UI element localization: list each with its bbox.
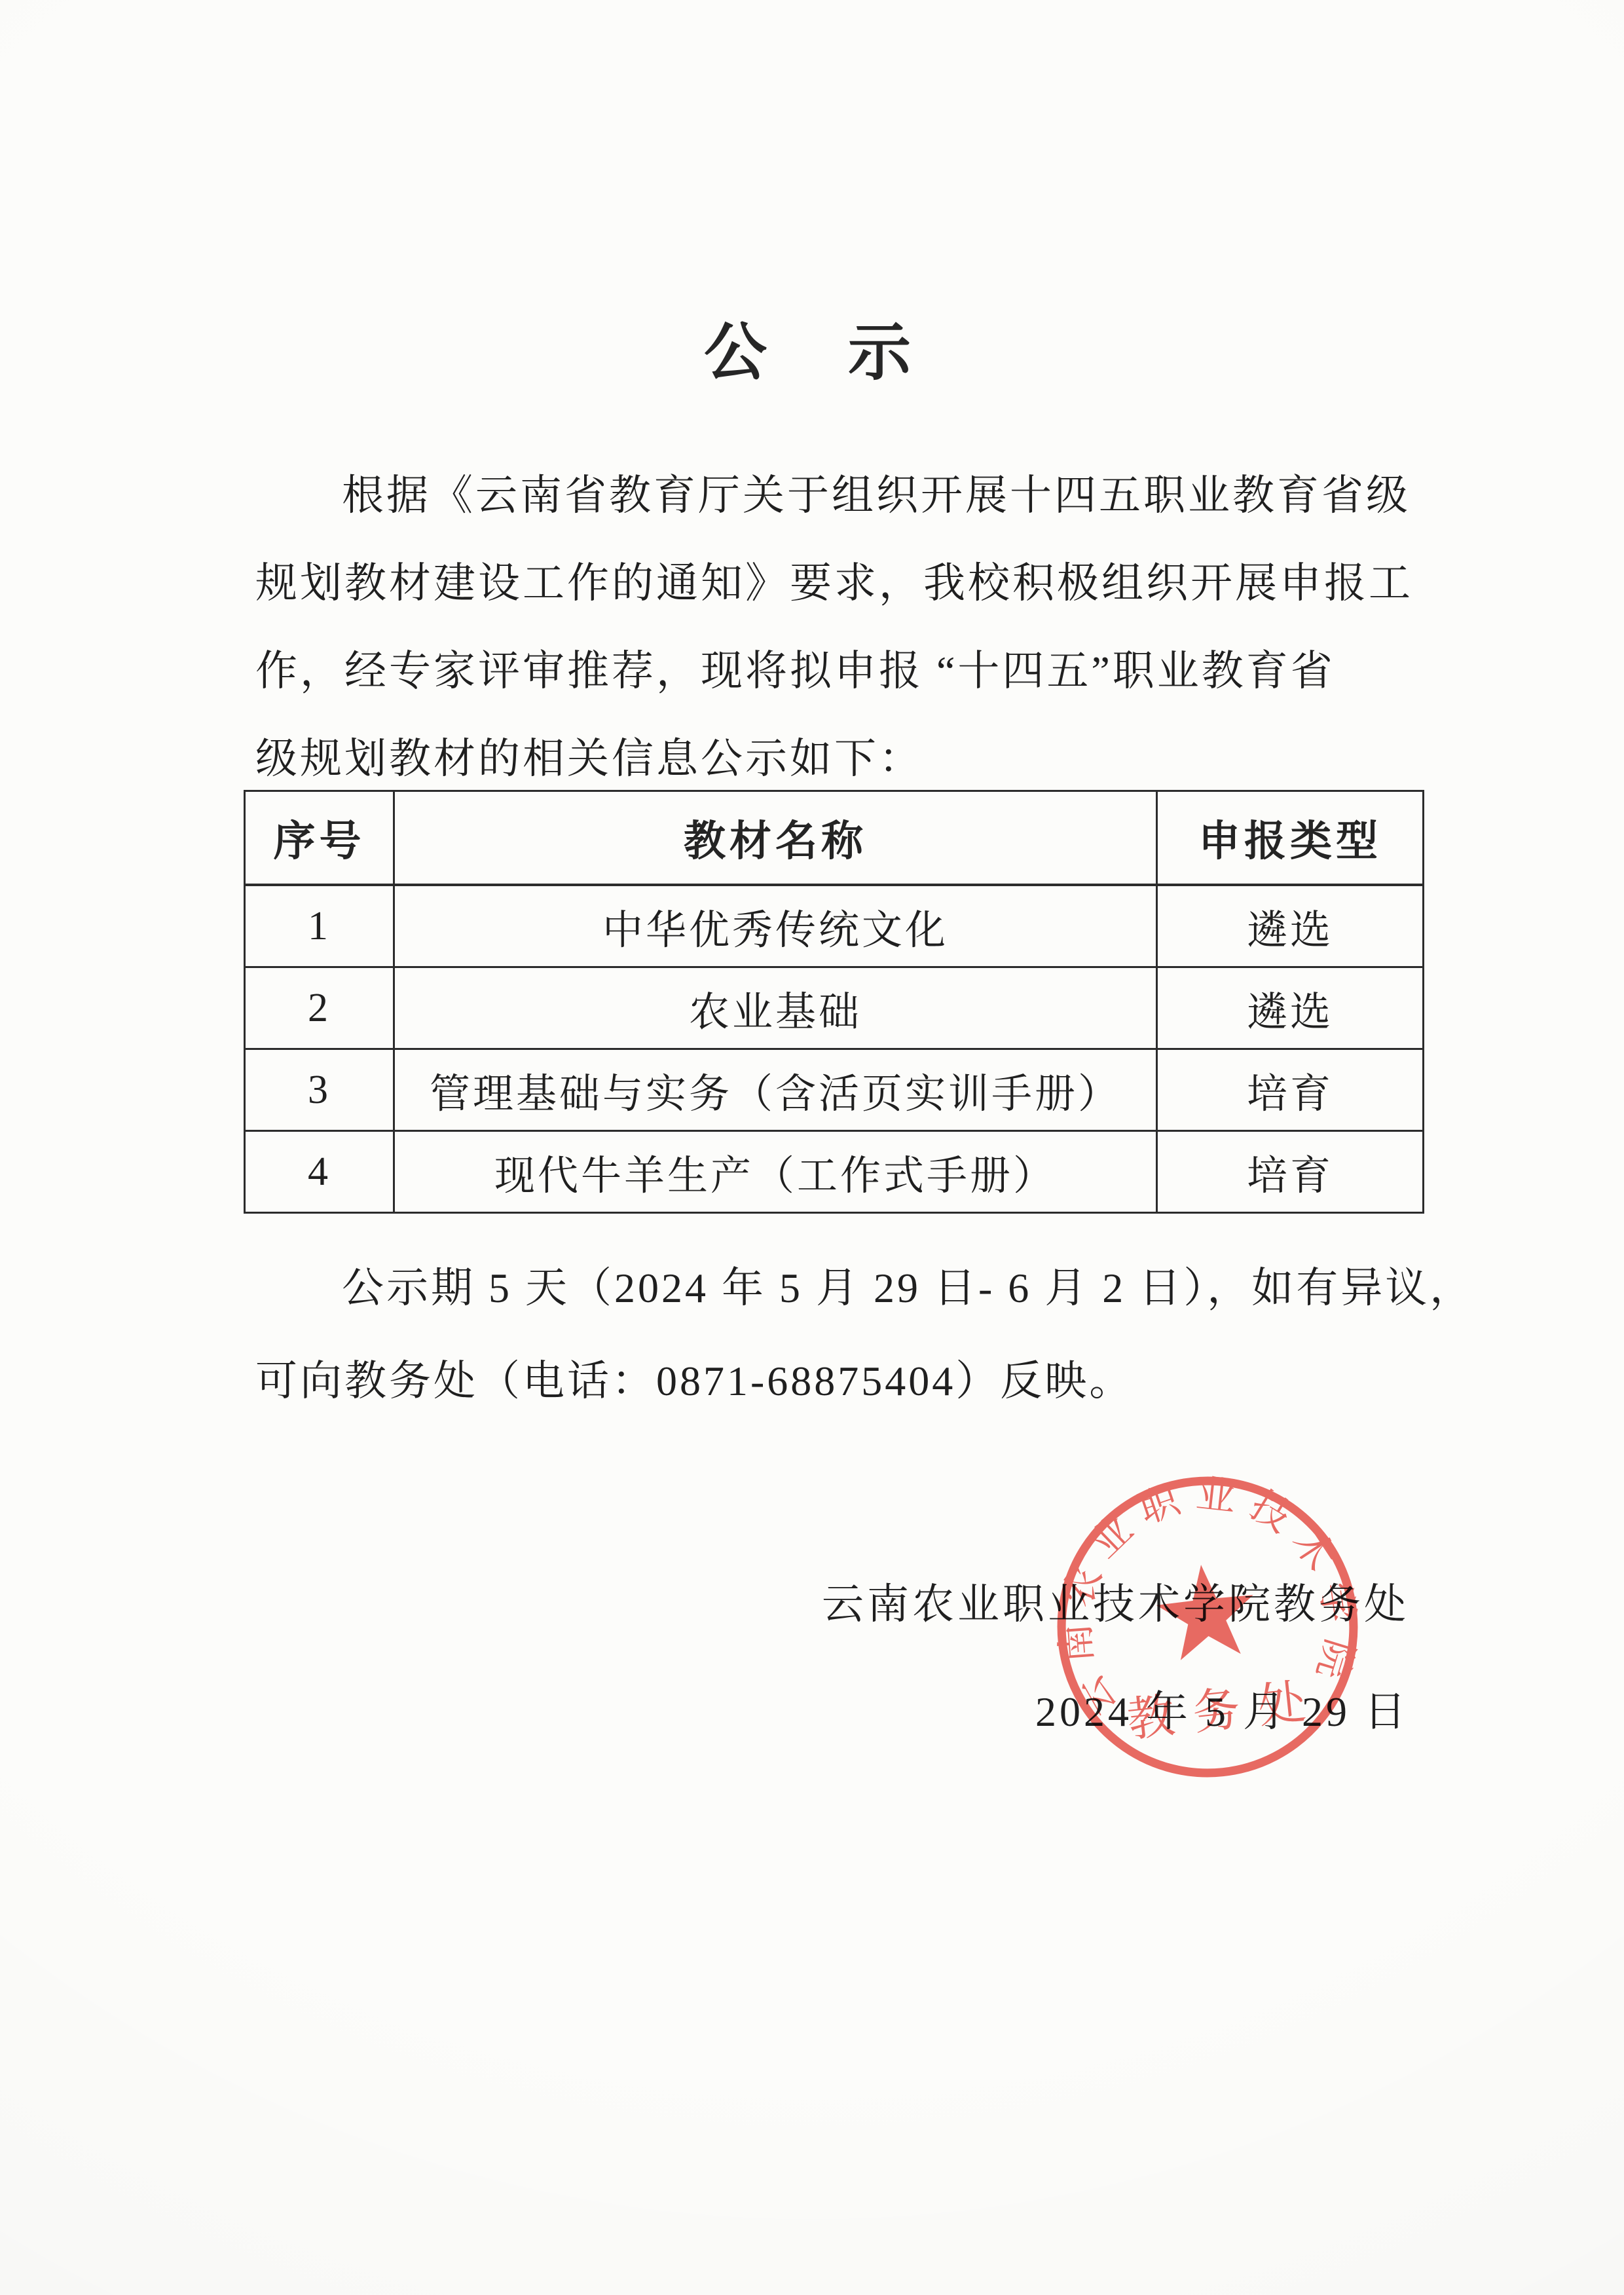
- cell-name: 现代牛羊生产（工作式手册）: [394, 1131, 1157, 1213]
- cell-type: 遴选: [1157, 885, 1424, 967]
- document-page: 公 示 根据《云南省教育厅关于组织开展十四五职业教育省级 规划教材建设工作的通知…: [0, 0, 1624, 2295]
- table-row: 4 现代牛羊生产（工作式手册） 培育: [245, 1131, 1424, 1213]
- cell-name: 中华优秀传统文化: [394, 885, 1157, 967]
- closing-paragraph: 公示期 5 天（2024 年 5 月 29 日- 6 月 2 日），如有异议， …: [255, 1242, 1413, 1428]
- table-row: 3 管理基础与实务（含活页实训手册） 培育: [245, 1049, 1424, 1131]
- signature-block: 云南农业职业技术学院教务处 2024 年 5 月 29 日: [822, 1571, 1409, 1738]
- signature-org: 云南农业职业技术学院教务处: [822, 1571, 1409, 1631]
- paragraph-line: 公示期 5 天（2024 年 5 月 29 日- 6 月 2 日），如有异议，: [255, 1242, 1413, 1335]
- col-header-name: 教材名称: [394, 791, 1157, 886]
- paragraph-line: 根据《云南省教育厅关于组织开展十四五职业教育省级: [255, 452, 1413, 540]
- cell-serial: 2: [245, 967, 394, 1049]
- table-header-row: 序号 教材名称 申报类型: [245, 791, 1424, 886]
- intro-paragraph: 根据《云南省教育厅关于组织开展十四五职业教育省级 规划教材建设工作的通知》要求，…: [255, 452, 1413, 803]
- col-header-serial: 序号: [245, 791, 394, 886]
- cell-type: 培育: [1157, 1131, 1424, 1213]
- paragraph-line: 规划教材建设工作的通知》要求，我校积极组织开展申报工: [255, 540, 1413, 627]
- col-header-type: 申报类型: [1157, 791, 1424, 886]
- cell-serial: 4: [245, 1131, 394, 1213]
- signature-date: 2024 年 5 月 29 日: [822, 1678, 1409, 1738]
- cell-name: 农业基础: [394, 967, 1157, 1049]
- cell-name: 管理基础与实务（含活页实训手册）: [394, 1049, 1157, 1131]
- paragraph-line: 可向教务处（电话：0871-68875404）反映。: [255, 1335, 1413, 1428]
- cell-type: 遴选: [1157, 967, 1424, 1049]
- cell-serial: 3: [245, 1049, 394, 1131]
- paragraph-line: 作，经专家评审推荐，现将拟申报 “十四五”职业教育省: [255, 627, 1413, 715]
- textbook-table: 序号 教材名称 申报类型 1 中华优秀传统文化 遴选 2 农业基础 遴选 3 管…: [244, 790, 1424, 1214]
- table-row: 2 农业基础 遴选: [245, 967, 1424, 1049]
- cell-type: 培育: [1157, 1049, 1424, 1131]
- table-row: 1 中华优秀传统文化 遴选: [245, 885, 1424, 967]
- page-title: 公 示: [0, 303, 1624, 392]
- cell-serial: 1: [245, 885, 394, 967]
